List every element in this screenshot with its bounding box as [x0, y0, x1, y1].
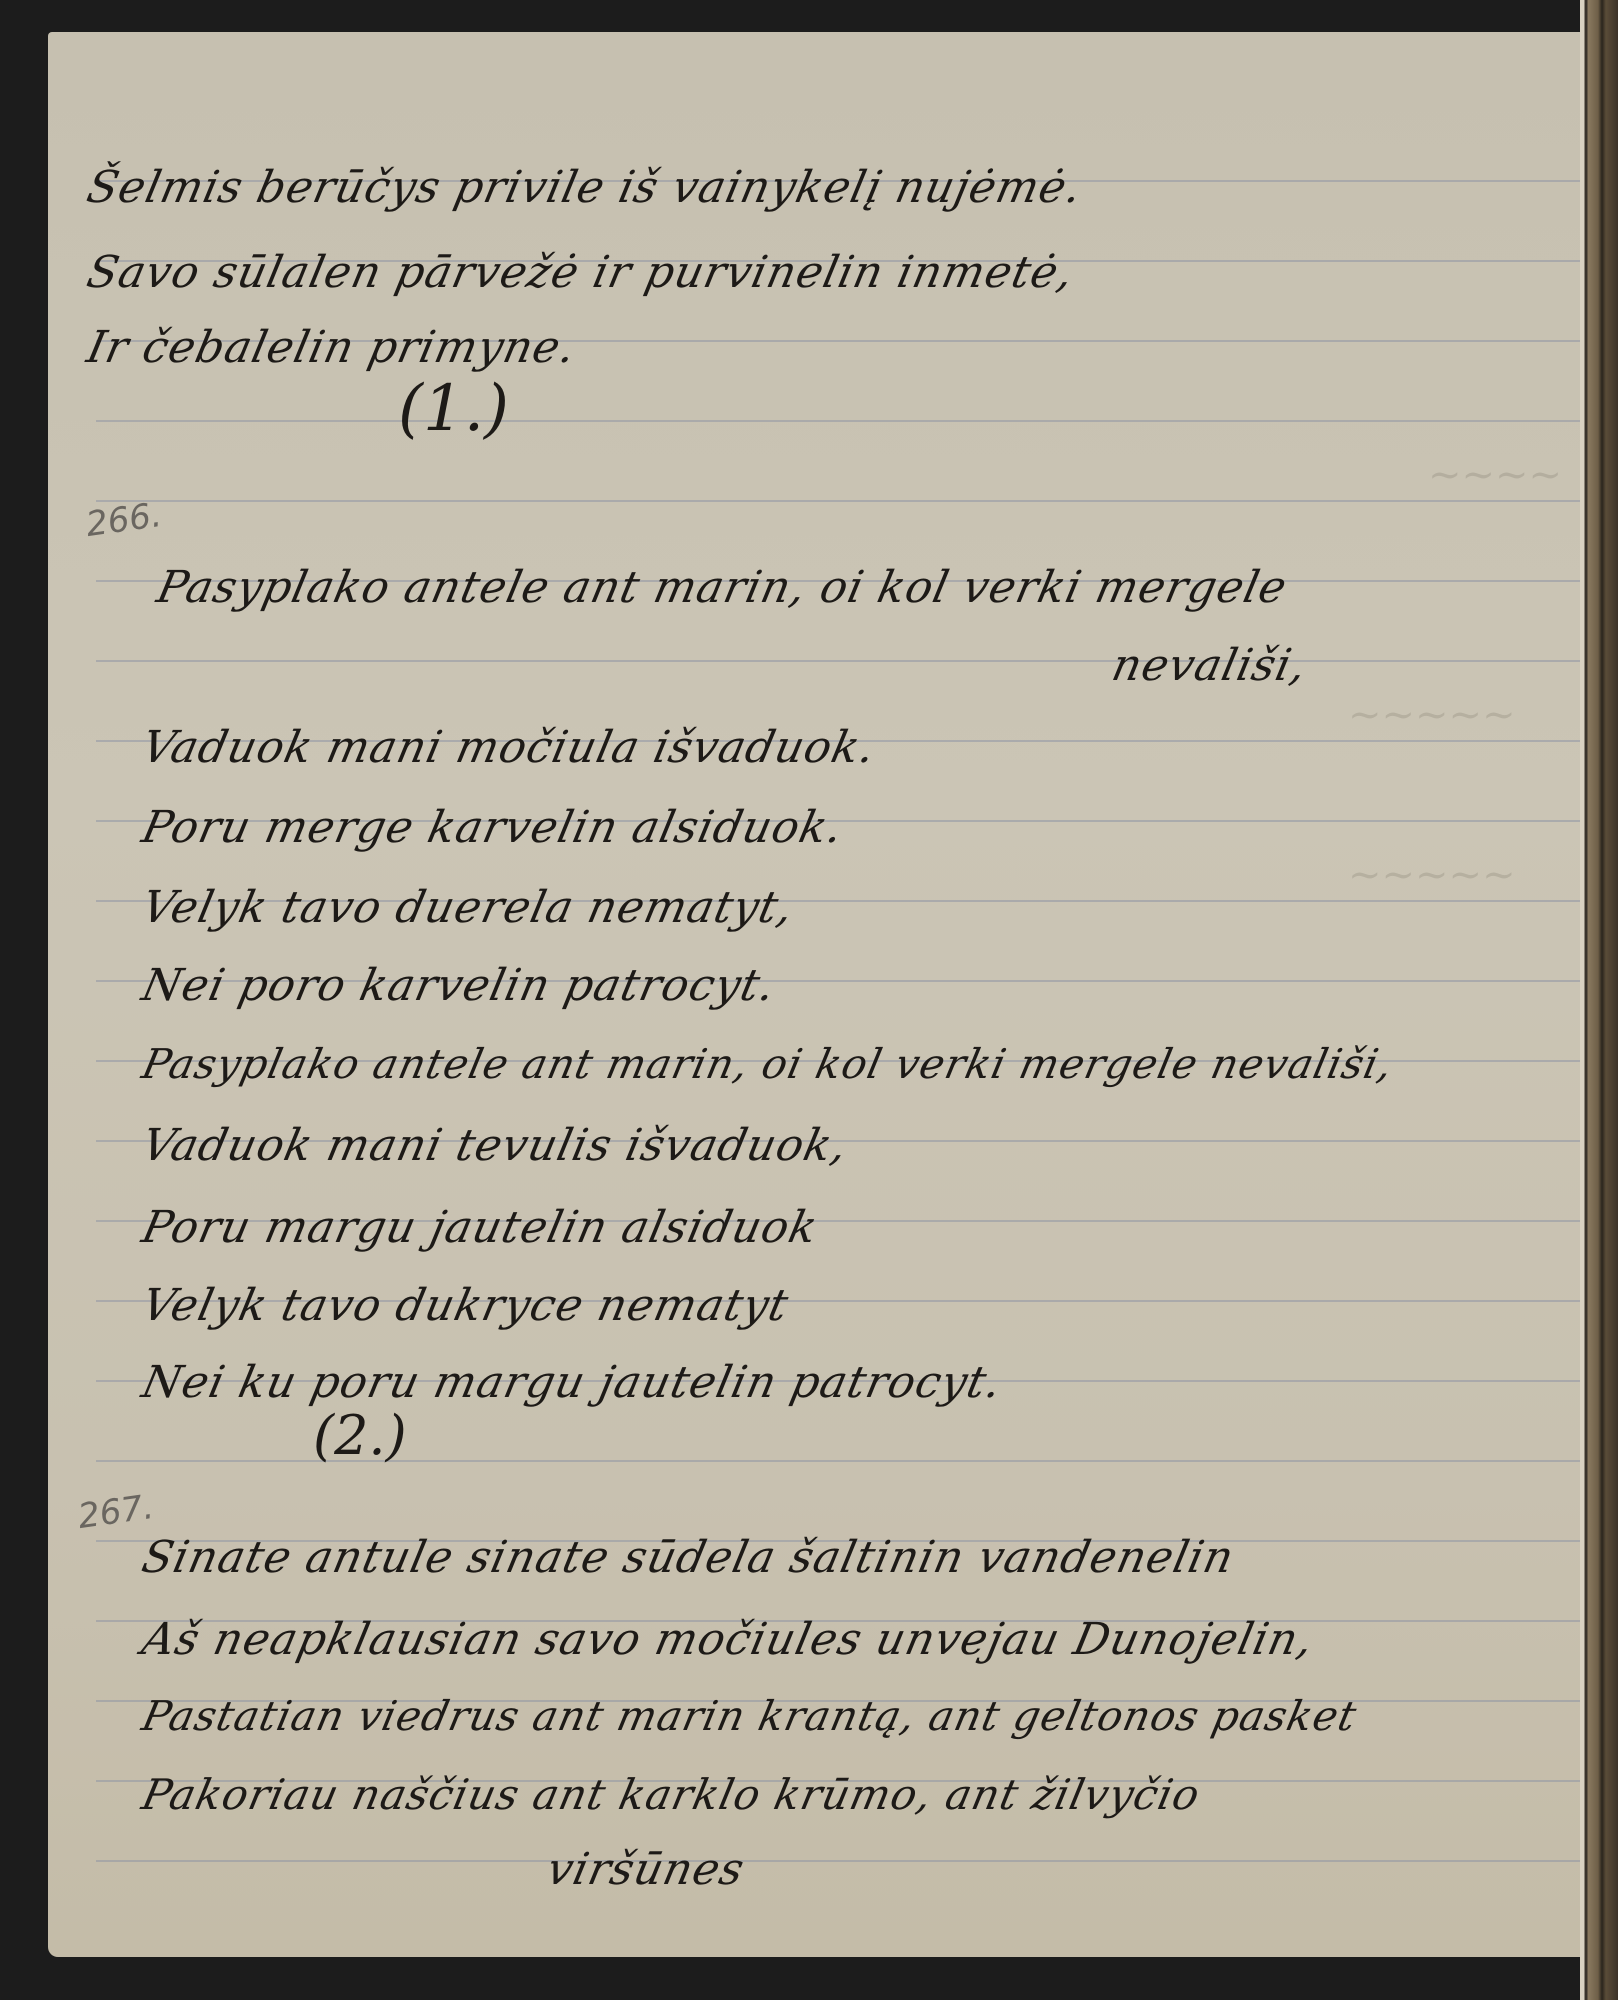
- verse-line: Pasyplako antele ant marin, oi kol verki…: [138, 1040, 1398, 1088]
- verse-line: Poru merge karvelin alsiduok.: [138, 802, 848, 853]
- song-number: 266.: [84, 495, 165, 545]
- verse-line: Poru margu jautelin alsiduok: [138, 1202, 823, 1253]
- verse-line: Pakoriau naščius ant karklo krūmo, ant ž…: [138, 1770, 1205, 1819]
- bleed-through-text: ~~~~: [1428, 452, 1562, 498]
- ruled-line: [96, 1860, 1618, 1862]
- verse-line: Nei poro karvelin patrocyt.: [138, 960, 781, 1011]
- ruled-line: [96, 420, 1618, 422]
- ruled-line: [96, 660, 1618, 662]
- verse-line: Nei ku poru margu jautelin patrocyt.: [138, 1357, 1007, 1408]
- ruled-line: [96, 500, 1618, 502]
- verse-line: Pastatian viedrus ant marin krantą, ant …: [138, 1692, 1361, 1740]
- verse-line: Aš neapklausian savo močiules unvejau Du…: [138, 1614, 1319, 1665]
- verse-line: Pasyplako antele ant marin, oi kol verki…: [153, 562, 1292, 613]
- verse-line: Šelmis berūčys privile iš vainykelį nujė…: [83, 162, 1087, 213]
- verse-line: Vaduok mani močiula išvaduok.: [138, 722, 881, 773]
- verse-line: Ir čebalelin primyne.: [83, 322, 581, 373]
- notebook-binding: [1580, 0, 1618, 2000]
- verse-line: nevališi,: [1108, 640, 1312, 691]
- stanza-mark: (1.): [398, 372, 509, 446]
- bleed-through-text: ~~~~~: [1348, 852, 1516, 898]
- verse-line: Savo sūlalen pārvežė ir purvinelin inmet…: [83, 247, 1079, 298]
- verse-line: viršūnes: [543, 1844, 750, 1895]
- verse-line: Velyk tavo dukryce nematyt: [138, 1280, 794, 1331]
- verse-line: Velyk tavo duerela nematyt,: [138, 882, 799, 933]
- verse-line: Vaduok mani tevulis išvaduok,: [138, 1120, 853, 1171]
- verse-line: Sinate antule sinate sūdela šaltinin van…: [138, 1532, 1239, 1583]
- manuscript-page: ~~~~ ~~~~~ ~~~~~ Šelmis berūčys privile …: [48, 32, 1608, 1957]
- bleed-through-text: ~~~~~: [1348, 692, 1516, 738]
- stanza-mark: (2.): [313, 1404, 407, 1467]
- song-number: 267.: [76, 1487, 157, 1537]
